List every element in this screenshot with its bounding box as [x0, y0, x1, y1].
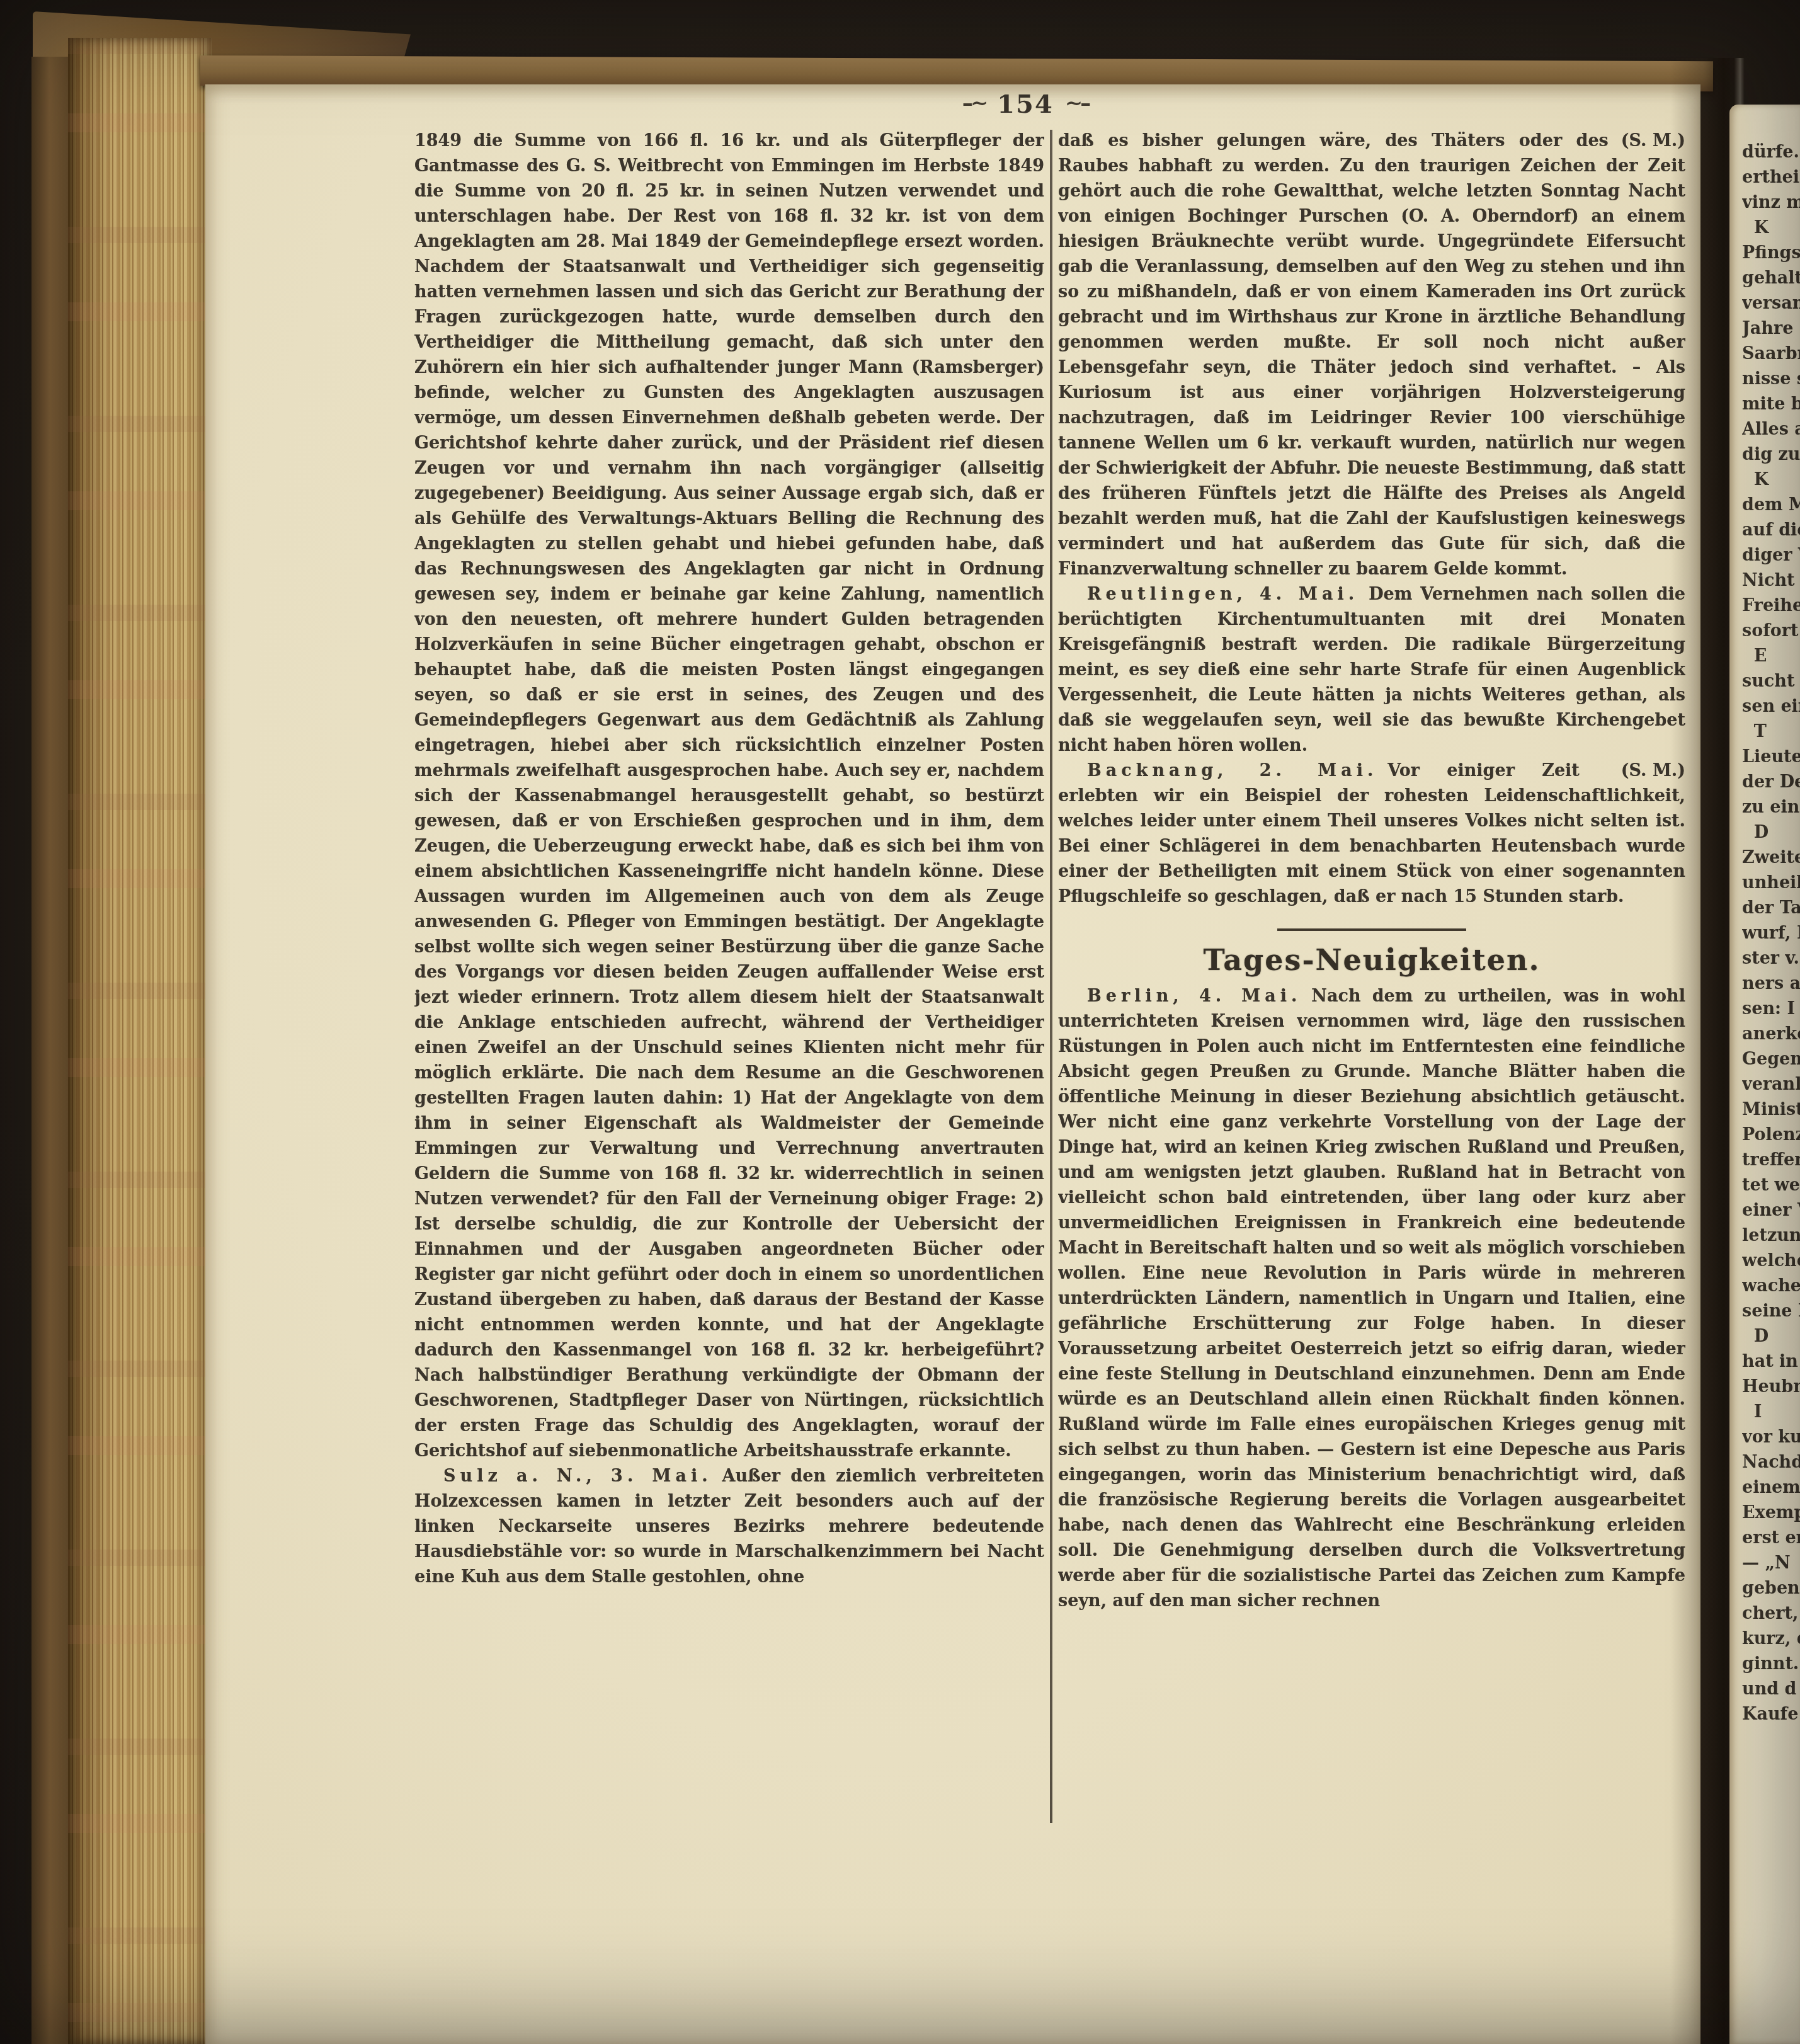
- section-divider-rule: [1277, 928, 1466, 931]
- article-paragraph-berlin: Berlin, 4. Mai.Nach dem zu urtheilen, wa…: [1058, 984, 1685, 1614]
- page-number-header: –∼154∼–: [414, 89, 1636, 119]
- dateline-backnang: Backnang, 2. Mai.: [1087, 761, 1377, 780]
- photographed-book-scene: –∼154∼– 1849 die Summe von 166 fl. 16 kr…: [0, 0, 1800, 2044]
- paragraph-text: daß es bisher gelungen wäre, des Thäters…: [1058, 131, 1685, 579]
- right-column: (S. M.)daß es bisher gelungen wäre, des …: [1058, 128, 1685, 1823]
- paragraph-text: 1849 die Summe von 166 fl. 16 kr. und al…: [414, 131, 1044, 1461]
- section-heading-tages-neuigkeiten: Tages-Neuigkeiten.: [1058, 947, 1685, 973]
- article-paragraph-court-case: 1849 die Summe von 166 fl. 16 kr. und al…: [414, 128, 1044, 1464]
- article-paragraph-backnang: (S. M.)Backnang, 2. Mai.Vor einiger Zeit…: [1058, 758, 1685, 910]
- article-paragraph-reutlingen: Reutlingen, 4. Mai.Dem Vernehmen nach so…: [1058, 582, 1685, 758]
- article-paragraph-continuation: (S. M.)daß es bisher gelungen wäre, des …: [1058, 128, 1685, 582]
- facing-page-sliver: dürfe. ertheilt vinz mö K Pfingste gehal…: [1729, 105, 1800, 2044]
- page-number-ornament-right: ∼–: [1054, 91, 1100, 116]
- paragraph-text: Nach dem zu urtheilen, was in wohl unter…: [1058, 986, 1685, 1611]
- article-paragraph-sulz: Sulz a. N., 3. Mai.Außer den ziemlich ve…: [414, 1464, 1044, 1590]
- dateline-reutlingen: Reutlingen, 4. Mai.: [1087, 585, 1359, 604]
- column-divider-rule: [1050, 130, 1052, 1823]
- page-number-ornament-left: –∼: [951, 91, 998, 116]
- facing-page-text-fragments: dürfe. ertheilt vinz mö K Pfingste gehal…: [1742, 140, 1800, 2017]
- dateline-sulz: Sulz a. N., 3. Mai.: [443, 1466, 712, 1486]
- text-columns: 1849 die Summe von 166 fl. 16 kr. und al…: [414, 128, 1688, 1823]
- paragraph-text: Vor einiger Zeit erlebten wir ein Beispi…: [1058, 761, 1685, 906]
- page-number: 154: [997, 89, 1054, 119]
- book-cover-spine-edge: [31, 57, 72, 2044]
- attribution-sm: (S. M.): [1621, 128, 1685, 154]
- dateline-berlin: Berlin, 4. Mai.: [1087, 986, 1301, 1006]
- attribution-sm: (S. M.): [1592, 758, 1685, 784]
- newspaper-page: –∼154∼– 1849 die Summe von 166 fl. 16 kr…: [205, 84, 1700, 2044]
- book-page-edge-stack: [68, 38, 212, 2044]
- left-column: 1849 die Summe von 166 fl. 16 kr. und al…: [414, 128, 1044, 1823]
- paragraph-text: Dem Vernehmen nach sollen die berüchtigt…: [1058, 585, 1685, 755]
- page-edge-streaks: [68, 38, 212, 2044]
